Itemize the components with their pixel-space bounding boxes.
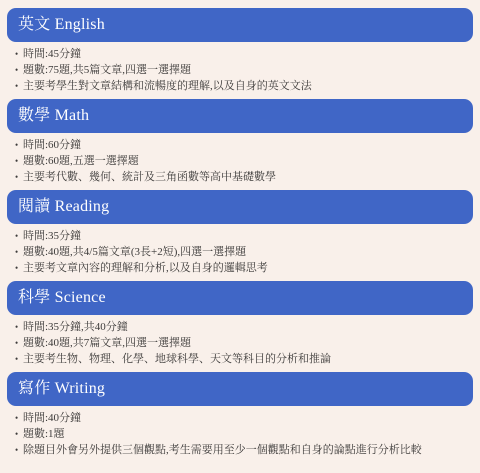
page: 英文 English 時間:45分鐘 題數:75題,共5篇文章,四選一選擇題 主… [0,0,480,473]
bullet-science-questions: 題數:40題,共7篇文章,四選一選擇題 [15,335,473,351]
bullet-math-time: 時間:60分鐘 [15,137,473,153]
section-writing: 寫作 Writing 時間:40分鐘 題數:1題 除題目外會另外提供三個觀點,考… [7,372,473,458]
bullet-science-time: 時間:35分鐘,共40分鐘 [15,319,473,335]
section-header-english: 英文 English [7,8,473,42]
bullet-english-questions: 題數:75題,共5篇文章,四選一選擇題 [15,62,473,78]
bullet-writing-questions: 題數:1題 [15,426,473,442]
bullet-list-math: 時間:60分鐘 題數:60題,五選一選擇題 主要考代數、幾何、統計及三角函數等高… [7,137,473,185]
section-header-math: 數學 Math [7,99,473,133]
bullet-list-writing: 時間:40分鐘 題數:1題 除題目外會另外提供三個觀點,考生需要用至少一個觀點和… [7,410,473,458]
section-english: 英文 English 時間:45分鐘 題數:75題,共5篇文章,四選一選擇題 主… [7,8,473,94]
bullet-english-focus: 主要考學生對文章結構和流暢度的理解,以及自身的英文文法 [15,78,473,94]
section-header-science: 科學 Science [7,281,473,315]
bullet-list-science: 時間:35分鐘,共40分鐘 題數:40題,共7篇文章,四選一選擇題 主要考生物、… [7,319,473,367]
bullet-list-english: 時間:45分鐘 題數:75題,共5篇文章,四選一選擇題 主要考學生對文章結構和流… [7,46,473,94]
section-math: 數學 Math 時間:60分鐘 題數:60題,五選一選擇題 主要考代數、幾何、統… [7,99,473,185]
section-header-writing: 寫作 Writing [7,372,473,406]
bullet-math-questions: 題數:60題,五選一選擇題 [15,153,473,169]
bullet-writing-time: 時間:40分鐘 [15,410,473,426]
bullet-writing-focus: 除題目外會另外提供三個觀點,考生需要用至少一個觀點和自身的論點進行分析比較 [15,442,473,458]
bullet-reading-questions: 題數:40題,共4/5篇文章(3長+2短),四選一選擇題 [15,244,473,260]
bullet-list-reading: 時間:35分鐘 題數:40題,共4/5篇文章(3長+2短),四選一選擇題 主要考… [7,228,473,276]
bullet-science-focus: 主要考生物、物理、化學、地球科學、天文等科目的分析和推論 [15,351,473,367]
bullet-math-focus: 主要考代數、幾何、統計及三角函數等高中基礎數學 [15,169,473,185]
bullet-reading-time: 時間:35分鐘 [15,228,473,244]
bullet-reading-focus: 主要考文章內容的理解和分析,以及自身的邏輯思考 [15,260,473,276]
section-reading: 閱讀 Reading 時間:35分鐘 題數:40題,共4/5篇文章(3長+2短)… [7,190,473,276]
section-science: 科學 Science 時間:35分鐘,共40分鐘 題數:40題,共7篇文章,四選… [7,281,473,367]
bullet-english-time: 時間:45分鐘 [15,46,473,62]
section-header-reading: 閱讀 Reading [7,190,473,224]
